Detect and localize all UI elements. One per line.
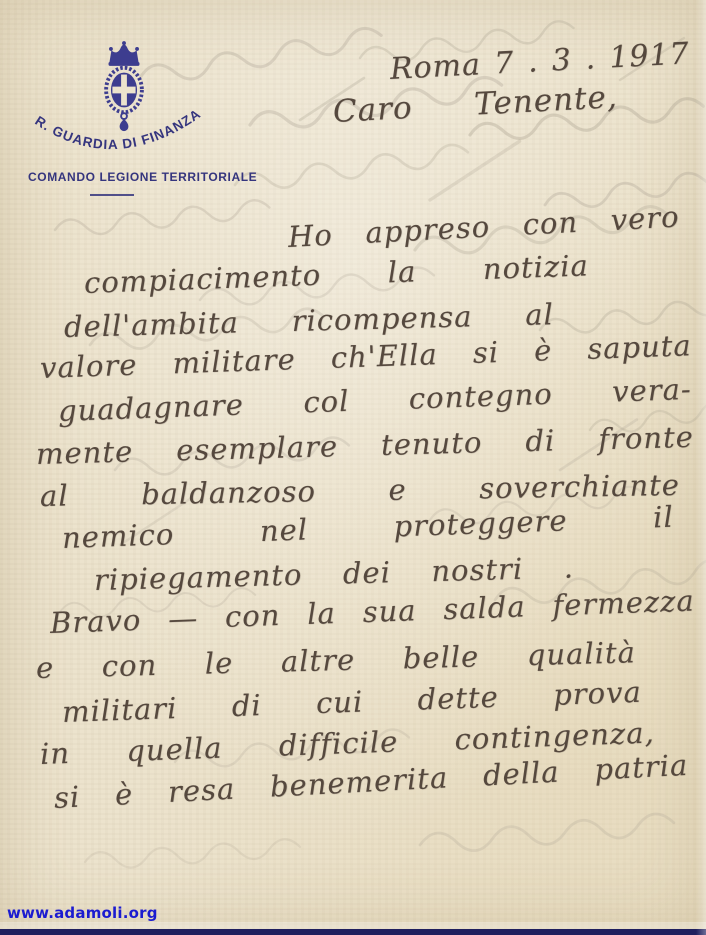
letterhead-command-line: COMANDO LEGIONE TERRITORIALE bbox=[28, 170, 257, 184]
watermark: www.adamoli.org bbox=[7, 904, 158, 922]
dateline: Roma 7 . 3 . 1917 bbox=[389, 36, 690, 88]
scan-bottom-border bbox=[0, 929, 706, 935]
handwritten-line-6: mente esemplare tenuto di fronte bbox=[36, 420, 695, 472]
letterhead-rule bbox=[90, 194, 134, 196]
svg-text:R. GUARDIA DI FINANZA: R. GUARDIA DI FINANZA bbox=[32, 106, 203, 152]
scanned-letter-page: R. GUARDIA DI FINANZA COMANDO LEGIONE TE… bbox=[0, 0, 706, 935]
handwritten-line-2: compiacimento la notizia bbox=[83, 248, 589, 300]
salutation: Caro Tenente, bbox=[332, 79, 619, 131]
handwritten-line-1: Ho appreso con vero bbox=[287, 200, 680, 255]
letterhead-corps-name: R. GUARDIA DI FINANZA bbox=[16, 99, 231, 171]
scan-bottom-light-strip bbox=[0, 922, 706, 929]
